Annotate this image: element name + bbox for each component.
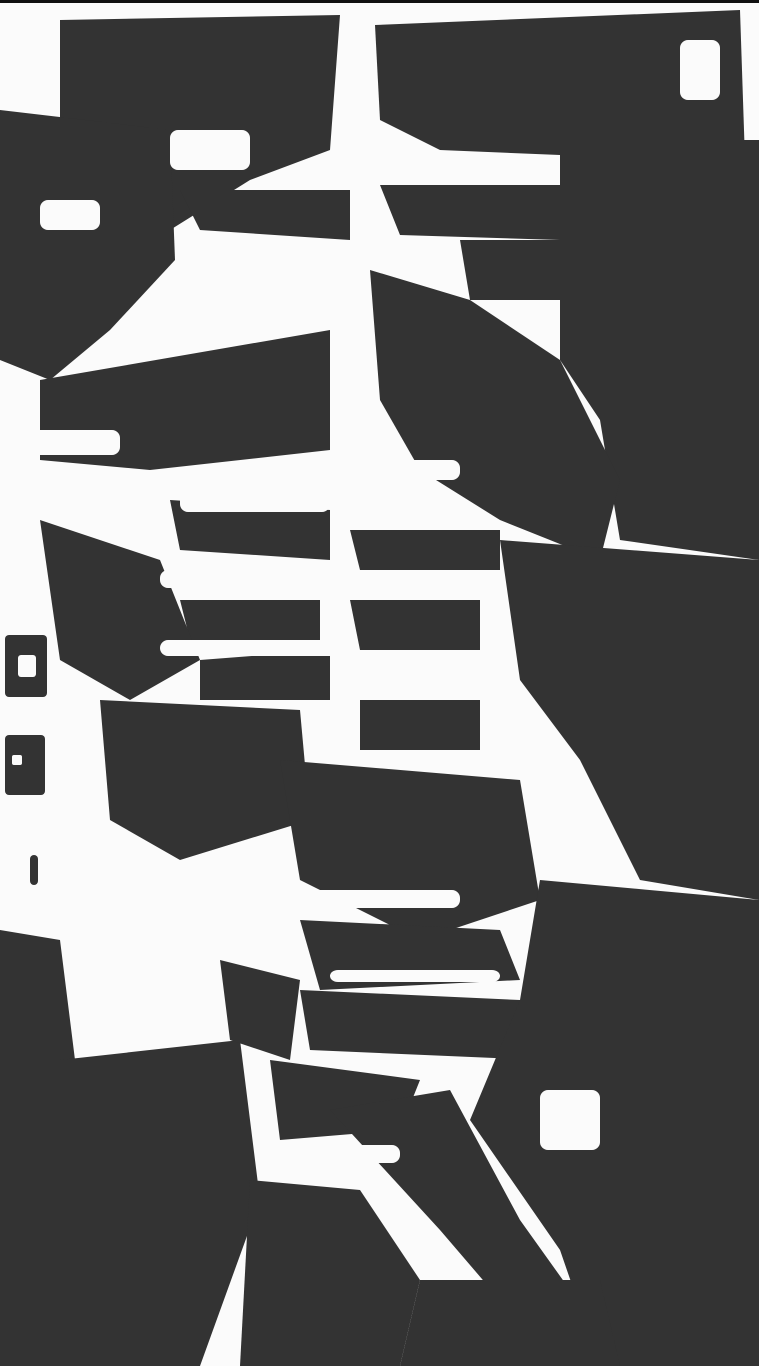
margin-character-marks <box>5 635 47 885</box>
rubbing-artwork <box>0 0 759 1366</box>
